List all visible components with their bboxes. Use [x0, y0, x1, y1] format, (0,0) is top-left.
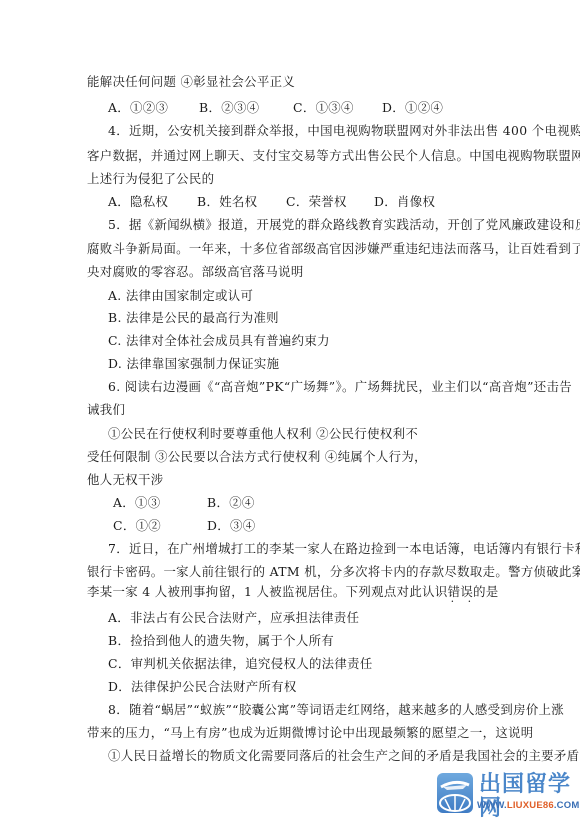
- q3-options: A．①②③ B．②③④ C．①③④ D．①②④: [108, 100, 443, 116]
- q7-option-c: C．审判机关依据法律，追究侵权人的法律责任: [108, 656, 373, 672]
- watermark-url: WWW.LIUXUE86.COM: [477, 800, 579, 812]
- q8-line-2: 带来的压力，“马上有房”也成为近期微博讨论中出现最频繁的愿望之一，这说明: [87, 725, 534, 741]
- q6-line-2: 诫我们: [87, 402, 125, 418]
- q3-option-d: D．①②④: [382, 100, 443, 116]
- q6-option-d: D．③④: [207, 518, 256, 534]
- q5-line-3: 央对腐败的零容忍。部级高官落马说明: [87, 264, 304, 280]
- q8-statement-1: ①人民日益增长的物质文化需要同落后的社会生产之间的矛盾是我国社会的主要矛盾: [108, 748, 579, 764]
- q6-statement-2: 受任何限制 ③公民要以合法方式行使权利 ④纯属个人行为，: [87, 449, 427, 465]
- q6-option-b: B．②④: [207, 495, 255, 511]
- q4-line-2: 客户数据，并通过网上聊天、支付宝交易等方式出售公民个人信息。中国电视购物联盟网的: [87, 148, 580, 164]
- q6-options-row-1: A．①③ B．②④: [113, 495, 255, 511]
- q4-line-1: 4．近期，公安机关接到群众举报，中国电视购物联盟网对外非法出售 400 个电视购…: [108, 123, 580, 139]
- q3-option-b: B．②③④: [199, 100, 293, 116]
- q6-statement-3: 他人无权干涉: [87, 472, 163, 488]
- q5-option-d: D. 法律靠国家强制力保证实施: [108, 356, 279, 372]
- q7-line-3: 李某一家 4 人被刑事拘留，1 人被监视居住。下列观点对此认识错误的是: [87, 584, 499, 600]
- q5-option-a: A. 法律由国家制定或认可: [108, 288, 253, 304]
- q4-option-d: D．肖像权: [374, 194, 435, 210]
- q7-line-3-pre: 李某一家 4 人被刑事拘留，1 人被监视居住。下列观点对此认识: [87, 584, 448, 599]
- q7-line-2: 银行卡密码。一家人前往银行的 ATM 机，分多次将卡内的存款尽数取走。警方侦破此…: [87, 564, 580, 580]
- q6-statement-1: ①公民在行使权利时要尊重他人权利 ②公民行使权利不: [108, 426, 418, 442]
- q5-line-2: 腐败斗争新局面。一年来，十多位省部级高官因涉嫌严重违纪违法而落马，让百姓看到了中: [87, 241, 580, 257]
- q3-tail: 能解决任何问题 ④彰显社会公平正义: [87, 74, 295, 90]
- q4-option-c: C．荣誉权: [286, 194, 374, 210]
- q4-option-a: A．隐私权: [108, 194, 197, 210]
- exam-page: 能解决任何问题 ④彰显社会公平正义 A．①②③ B．②③④ C．①③④ D．①②…: [0, 0, 580, 820]
- q6-options-row-2: C．①② D．③④: [113, 518, 256, 534]
- watermark-title: 出国留学网: [479, 773, 580, 820]
- q3-option-c: C．①③④: [293, 100, 382, 116]
- q8-line-1: 8．随着“蜗居”“蚁族”“胶囊公寓”等词语走红网络，越来越多的人感受到房价上涨: [108, 702, 564, 718]
- q6-option-c: C．①②: [113, 518, 207, 534]
- q3-option-a: A．①②③: [108, 100, 199, 116]
- globe-arc-icon: [437, 773, 473, 813]
- q5-option-b: B. 法律是公民的最高行为准则: [108, 310, 279, 326]
- watermark-logo: 出国留学网 WWW.LIUXUE86.COM: [437, 771, 580, 820]
- q6-line-1: 6. 阅读右边漫画《“高音炮”PK“广场舞”》。广场舞扰民，业主们以“高音炮”还…: [108, 379, 572, 395]
- q7-option-b: B．捡拾到他人的遗失物，属于个人所有: [108, 633, 334, 649]
- q4-options: A．隐私权 B．姓名权 C．荣誉权 D．肖像权: [108, 194, 435, 210]
- q7-line-3-post: 的是: [473, 584, 498, 599]
- q7-option-a: A．非法占有公民合法财产，应承担法律责任: [108, 610, 359, 626]
- q5-line-1: 5．据《新闻纵横》报道，开展党的群众路线教育实践活动，开创了党风廉政建设和反: [108, 217, 580, 233]
- q7-line-1: 7．近日，在广州增城打工的李某一家人在路边捡到一本电话簿，电话簿内有银行卡和: [108, 541, 580, 557]
- q5-option-c: C. 法律对全体社会成员具有普遍约束力: [108, 333, 330, 349]
- q7-option-d: D．法律保护公民合法财产所有权: [108, 679, 297, 695]
- q4-line-3: 上述行为侵犯了公民的: [87, 171, 214, 187]
- q6-option-a: A．①③: [113, 495, 207, 511]
- q7-emphasis-wrong: 错误: [448, 584, 473, 599]
- q4-option-b: B．姓名权: [197, 194, 286, 210]
